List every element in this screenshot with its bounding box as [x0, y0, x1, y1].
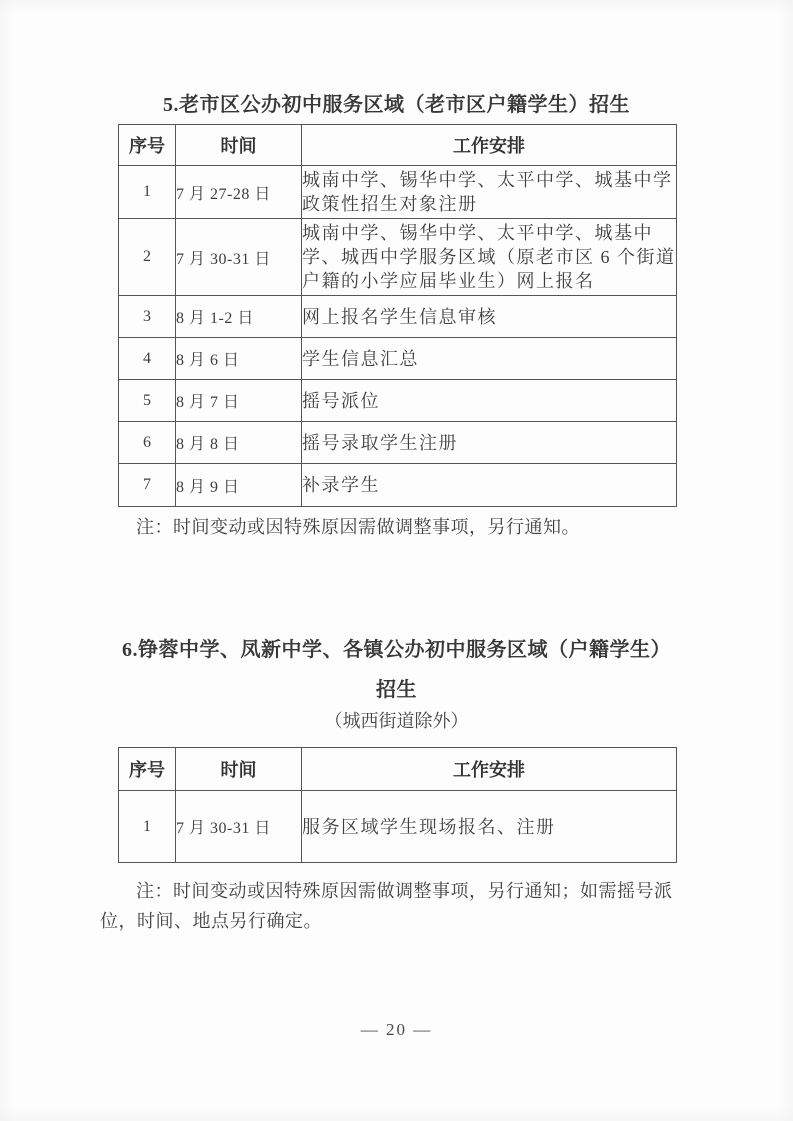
- row-no: 3: [119, 296, 176, 338]
- section6-note: 注：时间变动或因特殊原因需做调整事项，另行通知；如需摇号派位，时间、地点另行确定…: [100, 876, 694, 936]
- section5-title: 5.老市区公办初中服务区域（老市区户籍学生）招生: [0, 88, 793, 117]
- row-no: 1: [119, 166, 176, 219]
- table-header-row: 序号 时间 工作安排: [119, 748, 677, 791]
- row-no: 1: [119, 791, 176, 863]
- table-row: 5 8 月 7 日 摇号派位: [119, 380, 677, 422]
- column-header-task: 工作安排: [302, 125, 677, 166]
- table-row: 3 8 月 1-2 日 网上报名学生信息审核: [119, 296, 677, 338]
- row-task: 城南中学、锡华中学、太平中学、城基中学政策性招生对象注册: [302, 166, 677, 219]
- table-row: 1 7 月 30-31 日 服务区域学生现场报名、注册: [119, 791, 677, 863]
- column-header-no: 序号: [119, 748, 176, 791]
- column-header-no: 序号: [119, 125, 176, 166]
- row-no: 2: [119, 219, 176, 296]
- table-row: 6 8 月 8 日 摇号录取学生注册: [119, 422, 677, 464]
- column-header-time: 时间: [176, 748, 302, 791]
- table-row: 4 8 月 6 日 学生信息汇总: [119, 338, 677, 380]
- section6-title-line1: 6.铮蓉中学、凤新中学、各镇公办初中服务区域（户籍学生）: [0, 630, 793, 670]
- table-header-row: 序号 时间 工作安排: [119, 125, 677, 166]
- row-time: 7 月 30-31 日: [176, 219, 302, 296]
- row-task: 网上报名学生信息审核: [302, 296, 677, 338]
- section5-note: 注：时间变动或因特殊原因需做调整事项，另行通知。: [100, 512, 694, 542]
- section6-subtitle: （城西街道除外）: [0, 707, 793, 733]
- row-time: 8 月 7 日: [176, 380, 302, 422]
- document-page: 5.老市区公办初中服务区域（老市区户籍学生）招生 序号 时间 工作安排 1 7 …: [0, 0, 793, 1121]
- section5-schedule-table: 序号 时间 工作安排 1 7 月 27-28 日 城南中学、锡华中学、太平中学、…: [118, 124, 677, 507]
- row-task: 摇号录取学生注册: [302, 422, 677, 464]
- table-row: 1 7 月 27-28 日 城南中学、锡华中学、太平中学、城基中学政策性招生对象…: [119, 166, 677, 219]
- page-number: — 20 —: [0, 1020, 793, 1040]
- row-time: 7 月 30-31 日: [176, 791, 302, 863]
- table-row: 7 8 月 9 日 补录学生: [119, 464, 677, 507]
- row-task: 城南中学、锡华中学、太平中学、城基中学、城西中学服务区域（原老市区 6 个街道户…: [302, 219, 677, 296]
- section6-title-line2: 招生: [0, 670, 793, 710]
- section6-title: 6.铮蓉中学、凤新中学、各镇公办初中服务区域（户籍学生） 招生: [0, 630, 793, 710]
- row-no: 7: [119, 464, 176, 507]
- row-task: 学生信息汇总: [302, 338, 677, 380]
- row-time: 7 月 27-28 日: [176, 166, 302, 219]
- row-task: 补录学生: [302, 464, 677, 507]
- row-no: 4: [119, 338, 176, 380]
- row-task: 服务区域学生现场报名、注册: [302, 791, 677, 863]
- row-time: 8 月 9 日: [176, 464, 302, 507]
- row-time: 8 月 8 日: [176, 422, 302, 464]
- table-row: 2 7 月 30-31 日 城南中学、锡华中学、太平中学、城基中学、城西中学服务…: [119, 219, 677, 296]
- column-header-time: 时间: [176, 125, 302, 166]
- section6-schedule-table: 序号 时间 工作安排 1 7 月 30-31 日 服务区域学生现场报名、注册: [118, 747, 677, 863]
- row-no: 5: [119, 380, 176, 422]
- row-task: 摇号派位: [302, 380, 677, 422]
- row-time: 8 月 6 日: [176, 338, 302, 380]
- row-time: 8 月 1-2 日: [176, 296, 302, 338]
- column-header-task: 工作安排: [302, 748, 677, 791]
- row-no: 6: [119, 422, 176, 464]
